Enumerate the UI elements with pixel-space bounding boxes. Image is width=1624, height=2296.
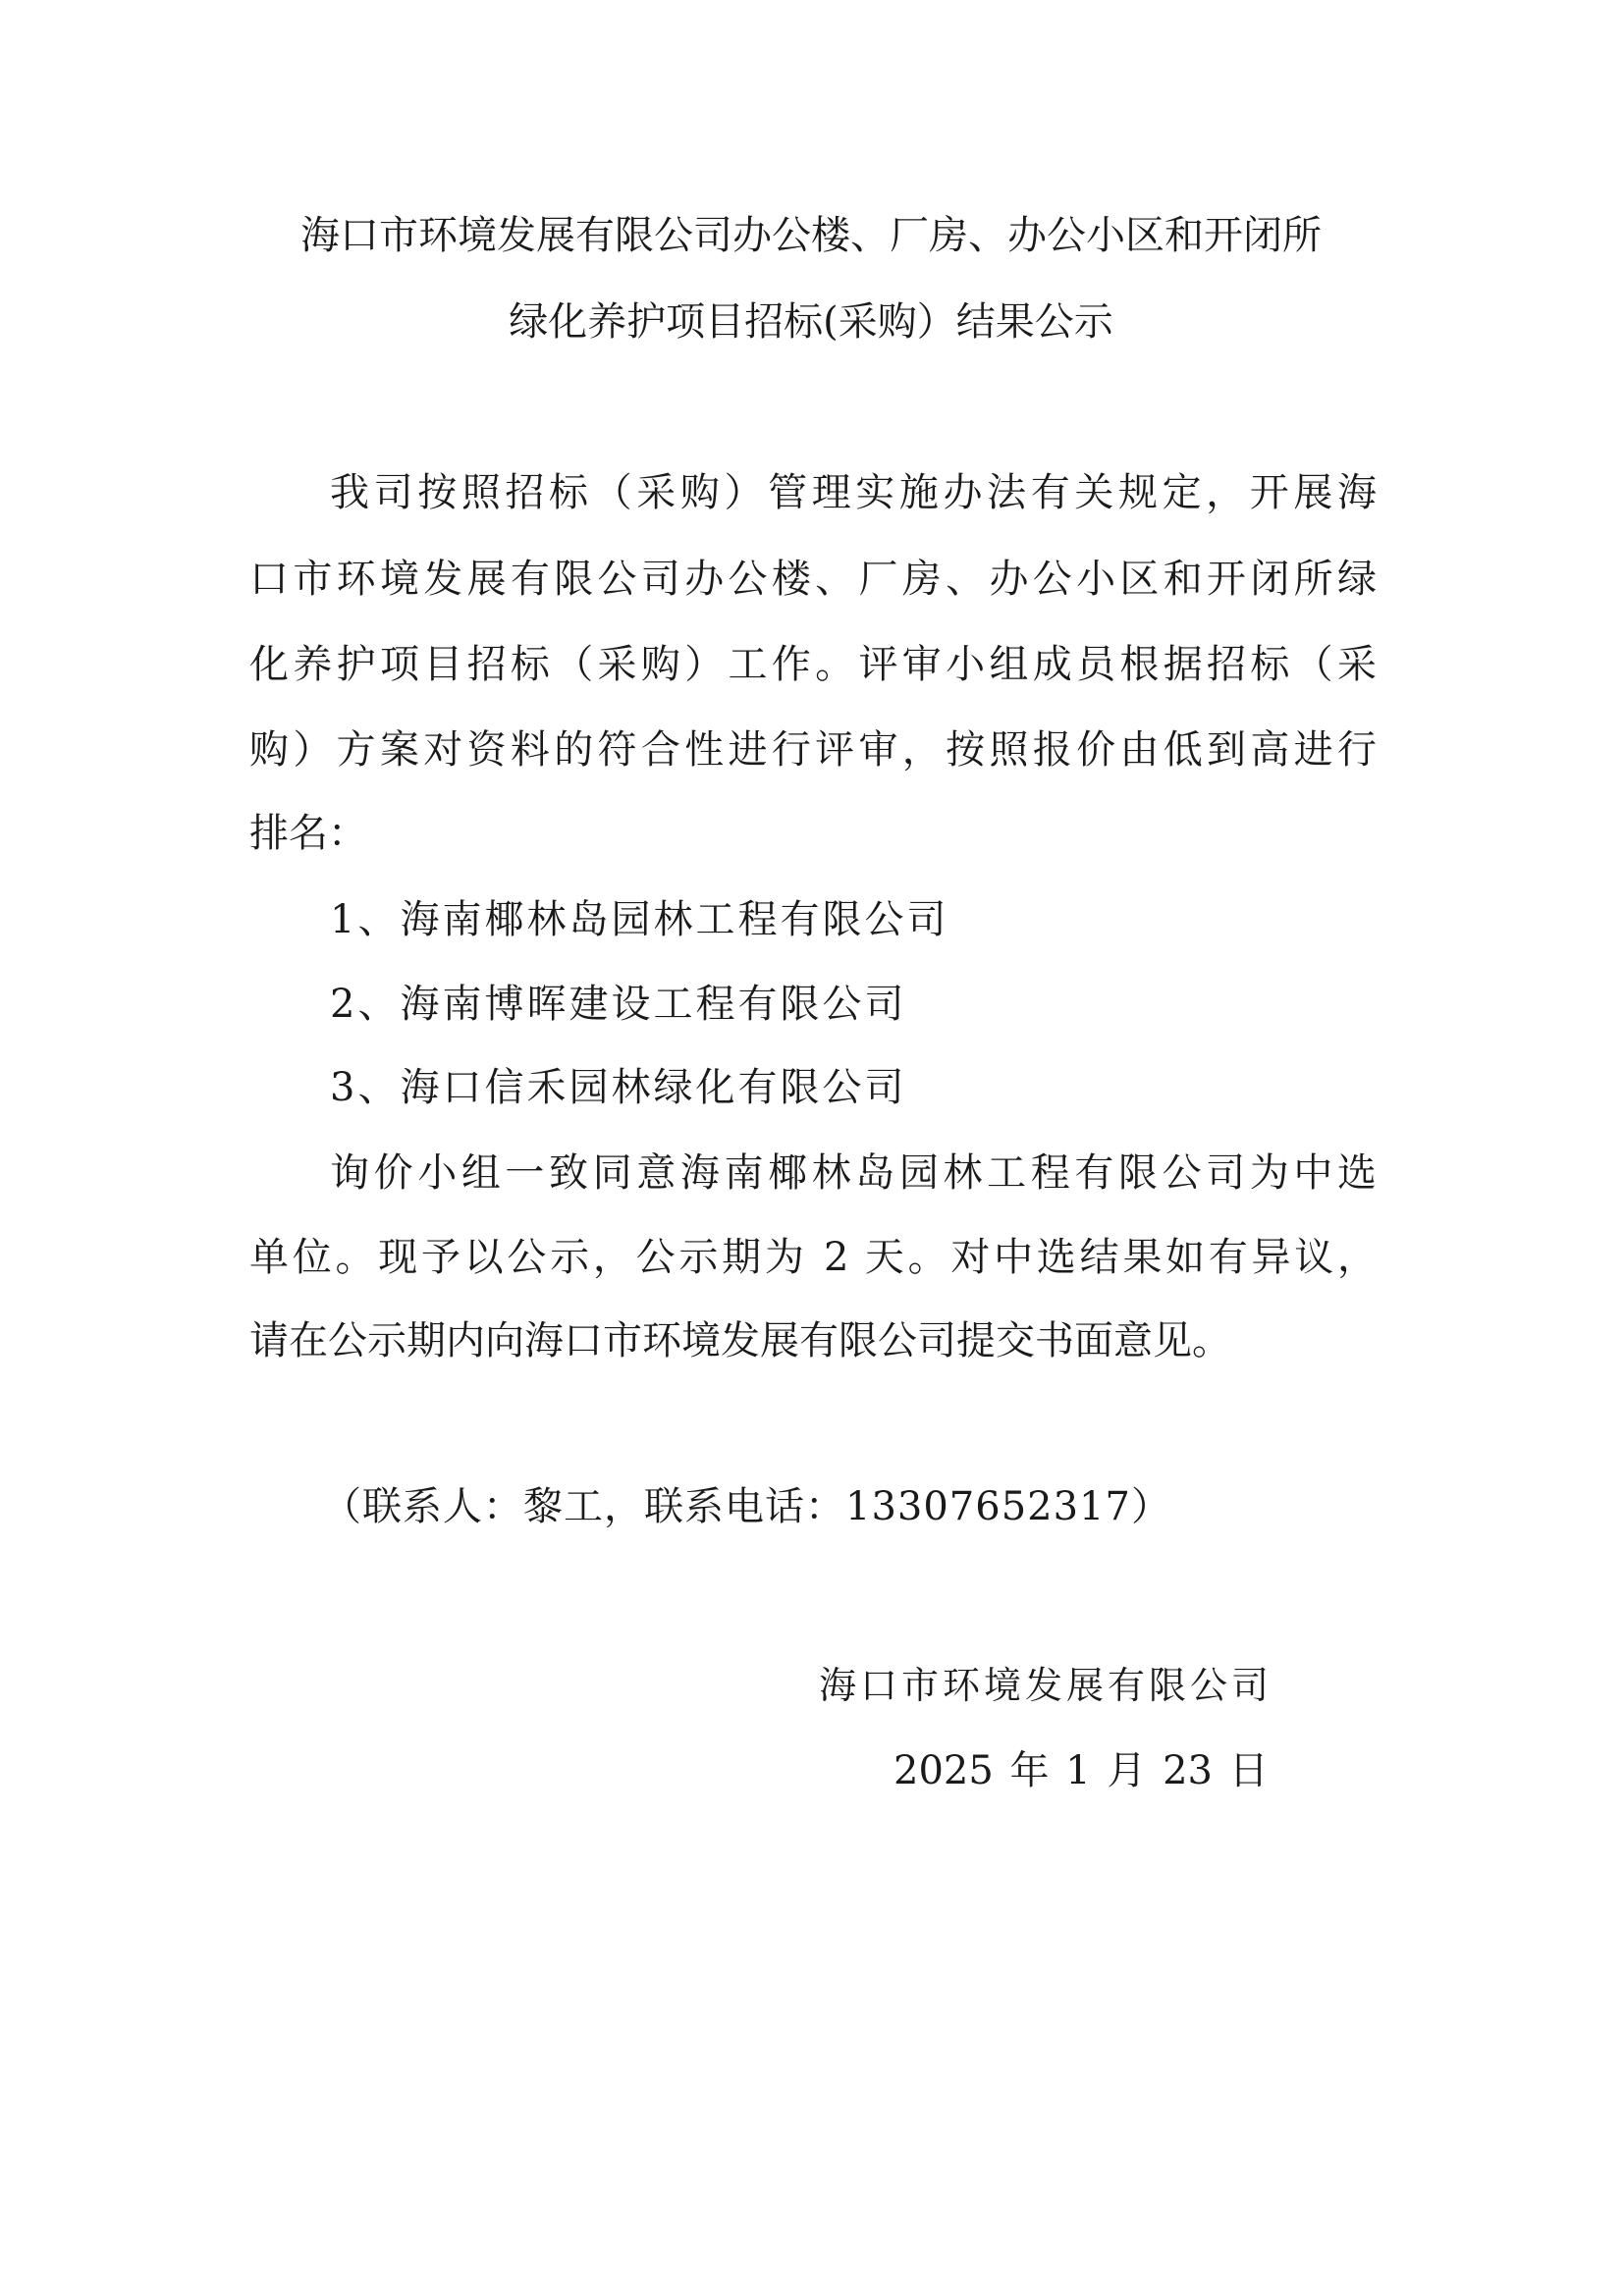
ranking-company: 海口信禾园林绿化有限公司: [400, 1065, 906, 1110]
paragraph1-line-3: 化养护项目招标（采购）工作。评审小组成员根据招标（采: [249, 641, 1377, 688]
ranking-company: 海南博晖建设工程有限公司: [400, 982, 906, 1027]
paragraph2-line-3: 请在公示期内向海口市环境发展有限公司提交书面意见。: [249, 1317, 1377, 1364]
ranking-number: 2、: [330, 982, 400, 1027]
document-page: 海口市环境发展有限公司办公楼、厂房、办公小区和开闭所 绿化养护项目招标(采购）结…: [0, 0, 1624, 2296]
paragraph1-line-1: 我司按照招标（采购）管理实施办法有关规定，开展海: [330, 469, 1377, 516]
ranking-number: 1、: [330, 897, 400, 942]
signature-company: 海口市环境发展有限公司: [819, 1663, 1272, 1708]
ranking-number: 3、: [330, 1065, 400, 1110]
paragraph2-line-2: 单位。现予以公示，公示期为 2 天。对中选结果如有异议，: [249, 1234, 1377, 1281]
signature-date: 2025 年 1 月 23 日: [893, 1747, 1269, 1794]
paragraph2-line-1: 询价小组一致同意海南椰林岛园林工程有限公司为中选: [330, 1149, 1377, 1197]
ranking-item-2: 2、海南博晖建设工程有限公司: [330, 981, 906, 1028]
ranking-item-3: 3、海口信禾园林绿化有限公司: [330, 1064, 906, 1111]
paragraph1-line-5: 排名：: [249, 810, 1377, 857]
paragraph1-line-2: 口市环境发展有限公司办公楼、厂房、办公小区和开闭所绿: [249, 556, 1377, 603]
document-title-line-2: 绿化养护项目招标(采购）结果公示: [244, 298, 1379, 346]
paragraph1-line-4: 购）方案对资料的符合性进行评审，按照报价由低到高进行: [249, 726, 1377, 774]
contact-info: （联系人：黎工，联系电话：13307652317）: [322, 1483, 1171, 1530]
ranking-item-1: 1、海南椰林岛园林工程有限公司: [330, 896, 948, 943]
ranking-company: 海南椰林岛园林工程有限公司: [400, 897, 948, 942]
document-title-line-1: 海口市环境发展有限公司办公楼、厂房、办公小区和开闭所: [244, 212, 1379, 259]
